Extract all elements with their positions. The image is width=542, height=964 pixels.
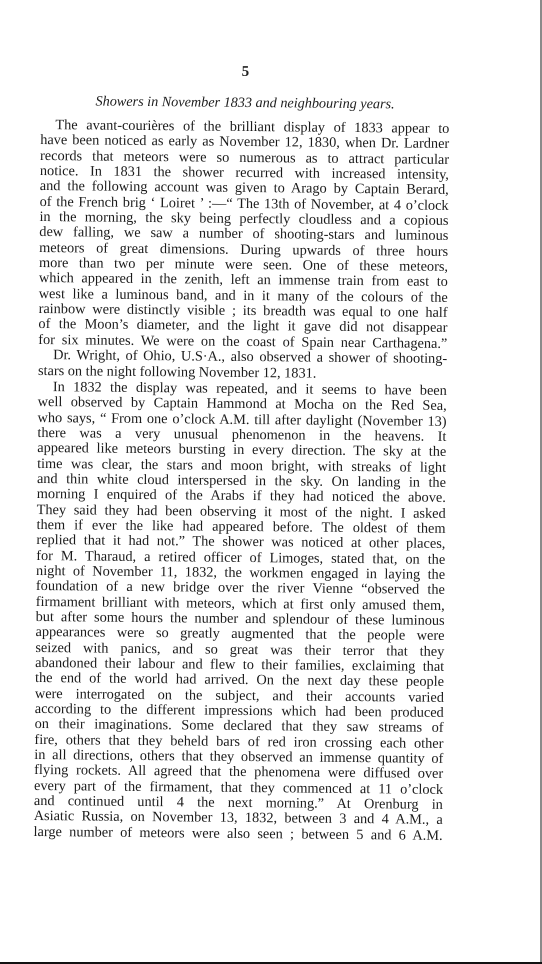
- book-page: 5 Showers in November 1833 and neighbour…: [0, 0, 542, 964]
- section-title: Showers in November 1833 and neighbourin…: [41, 93, 450, 114]
- body-text: The avant-courières of the brilliant dis…: [34, 118, 450, 844]
- page-number: 5: [41, 62, 450, 83]
- page-text-block: 5 Showers in November 1833 and neighbour…: [41, 60, 450, 64]
- text-line: large number of meteors were also seen ;…: [34, 825, 443, 844]
